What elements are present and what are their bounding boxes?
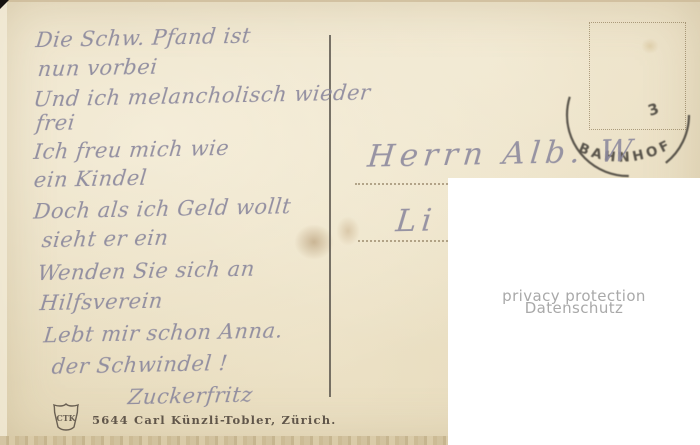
message-line: ein Kindel bbox=[33, 166, 149, 192]
message-line: der Schwindel ! bbox=[51, 351, 230, 379]
message-line: Wenden Sie sich an bbox=[37, 257, 257, 286]
message-line: frei bbox=[35, 111, 77, 136]
message-line: Die Schw. Pfand ist bbox=[35, 24, 253, 52]
address-dotted-line bbox=[355, 183, 448, 185]
message-line: nun vorbei bbox=[37, 55, 159, 81]
message-line: Ich freu mich wie bbox=[33, 136, 231, 164]
signature: Zuckerfritz bbox=[127, 383, 254, 410]
publisher-logo-text: CTK bbox=[56, 413, 76, 423]
privacy-line-de: Datenschutz bbox=[448, 302, 700, 314]
privacy-overlay: privacy protection Datenschutz bbox=[448, 178, 700, 445]
ink-stain bbox=[336, 216, 360, 246]
address-dotted-line bbox=[358, 240, 448, 242]
address-line: Li bbox=[394, 203, 438, 240]
scan-edge-left bbox=[0, 0, 7, 445]
scan-corner-dark bbox=[0, 0, 9, 9]
message-line: sieht er ein bbox=[41, 226, 170, 253]
publisher-logo-shield: CTK bbox=[52, 401, 80, 433]
message-line: Hilfsverein bbox=[39, 289, 165, 316]
ink-stain bbox=[294, 224, 334, 260]
scan-edge-top bbox=[0, 0, 700, 2]
postcard-scan: BAHNHOF 3 Die Schw. Pfand ist nun vorbei… bbox=[0, 0, 700, 445]
privacy-overlay-text: privacy protection Datenschutz bbox=[448, 290, 700, 314]
publisher-imprint: 5644 Carl Künzli-Tobler, Zürich. bbox=[92, 413, 336, 427]
message-line: Lebt mir schon Anna. bbox=[42, 319, 284, 348]
address-line: Herrn Alb. W bbox=[366, 133, 639, 175]
postmark-digit: 3 bbox=[646, 99, 661, 119]
